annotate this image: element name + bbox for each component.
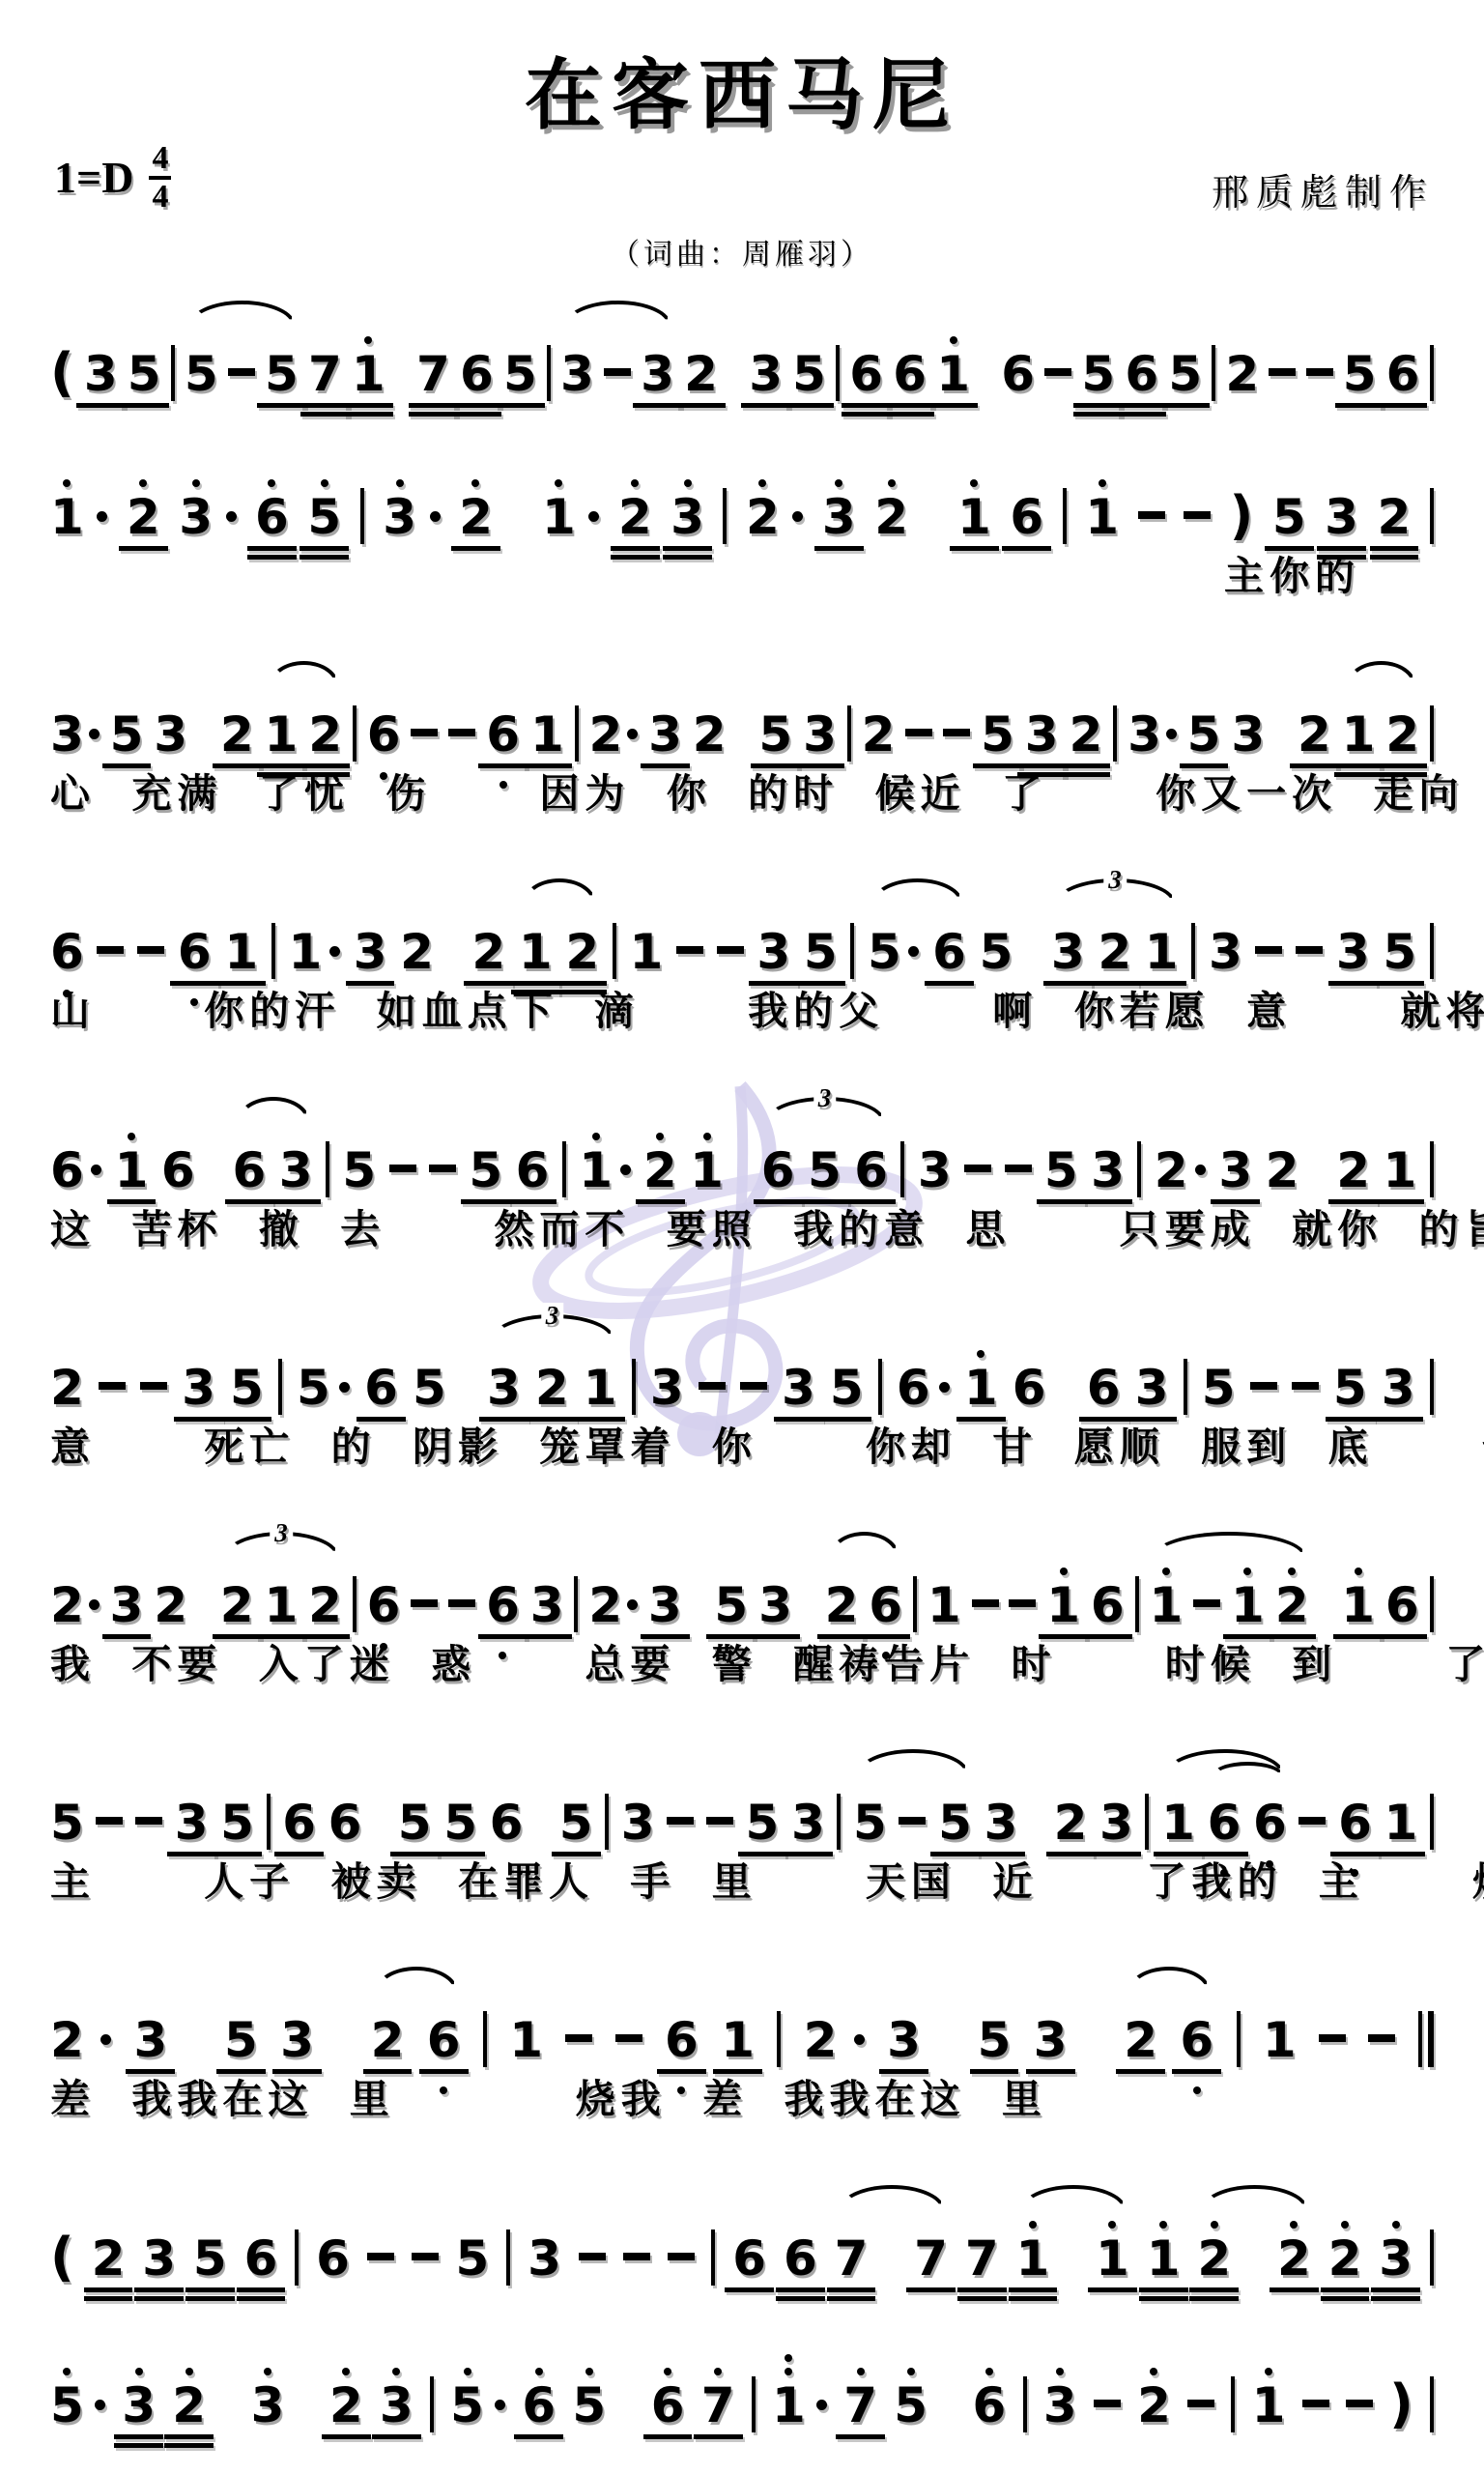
note: 2 [565, 928, 599, 976]
parenthesis: ( [50, 347, 74, 399]
slur-arc [1346, 661, 1416, 686]
key-signature: 1=D 4 4 [54, 141, 171, 214]
spacer [622, 2420, 634, 2422]
note: 1 [352, 350, 385, 398]
note: 2 [50, 2016, 84, 2064]
duration-dash [1368, 2034, 1395, 2042]
spacer [885, 2273, 897, 2275]
slur-arc [375, 1967, 458, 1992]
slur-arc [871, 878, 963, 904]
note: 2 [746, 493, 780, 541]
note: 5 [342, 1146, 376, 1194]
octave-dot-above [703, 1133, 711, 1140]
score-line: (2356653667771112223 [50, 2171, 1434, 2290]
notation-row: 2353261612353261 [50, 1952, 1434, 2072]
note: 3 [251, 2381, 285, 2430]
duration-dash [411, 729, 438, 736]
duration-dash [99, 1382, 126, 1390]
note: 3 [671, 493, 704, 541]
note: 3 [383, 493, 416, 541]
octave-dot-above [63, 479, 71, 487]
spacer [1026, 966, 1038, 968]
note: 2 [1277, 2234, 1311, 2283]
notation-row: 532323565671756321) [50, 2317, 1434, 2437]
note: 3 [1099, 1798, 1133, 1847]
spacer [927, 532, 939, 533]
score-line: 6611322121355653213353山 你的汗 如血点下 滴 我的父 啊… [50, 864, 1434, 1035]
lyrics-line: 这 苦杯 撤 去 然而不 要照 我的意 思 只要成 就你 的旨 [50, 1206, 1434, 1253]
barline [267, 1794, 271, 1850]
time-numerator: 4 [149, 141, 171, 180]
octave-dot-above [857, 2368, 865, 2375]
note: 5 [978, 2016, 1012, 2064]
note: 3 [487, 1364, 521, 1412]
note: 6 [255, 493, 289, 541]
octave-dot-below [499, 781, 507, 789]
note: 6 [282, 1798, 316, 1847]
duration-dash [228, 368, 255, 376]
note: 6 [1208, 1798, 1241, 1847]
octave-dot-above [471, 479, 479, 487]
slur-arc [1153, 1532, 1306, 1557]
note: 1 [1252, 2381, 1286, 2430]
lyrics-line: 主你的 [50, 553, 1434, 600]
octave-dot-below [499, 1652, 506, 1659]
note: 6 [460, 350, 494, 398]
augmentation-dot [939, 1382, 950, 1393]
duration-dash [367, 2253, 394, 2260]
spacer [736, 749, 748, 751]
note: 6 [893, 350, 927, 398]
note: 6 [1001, 350, 1035, 398]
octave-dot-above [321, 479, 328, 487]
note: 6 [665, 2016, 699, 2064]
octave-dot-below [380, 1643, 387, 1651]
note: 6 [364, 1364, 398, 1412]
note: 5 [830, 1364, 864, 1412]
barline [1063, 488, 1067, 544]
note: 5 [808, 1146, 842, 1194]
augmentation-dot [620, 1165, 631, 1175]
spacer [198, 749, 210, 751]
duration-dash [1187, 2400, 1214, 2407]
credit: 邢质彪制作 [1212, 162, 1434, 216]
note: 3 [84, 350, 118, 398]
augmentation-dot [854, 2034, 865, 2045]
notation-row: 61663556121656353232213 [50, 1082, 1434, 1202]
barline [1430, 2229, 1434, 2286]
barline [1430, 1141, 1434, 1197]
augmentation-dot [430, 511, 441, 522]
barline [1231, 2376, 1235, 2432]
note: 5 [110, 710, 144, 759]
duration-dash [1319, 2034, 1346, 2042]
spacer [222, 2420, 234, 2422]
note: 3 [749, 350, 783, 398]
note: 3 [985, 1798, 1018, 1847]
duration-dash [1094, 2400, 1121, 2407]
slur-arc [237, 1097, 310, 1122]
octave-dot-above [907, 2368, 915, 2375]
note: 2 [862, 710, 896, 759]
note: 5 [1272, 493, 1306, 541]
note: 6 [367, 1581, 401, 1629]
spacer [736, 1185, 748, 1187]
spacer [1319, 1620, 1330, 1622]
barline [1430, 345, 1434, 401]
slur-arc [188, 301, 296, 326]
note: 6 [516, 1146, 550, 1194]
octave-dot-above [1265, 2368, 1272, 2375]
notation-row: 6611322121355653213353 [50, 864, 1434, 984]
score: (355571765332356616565256123653212323216… [0, 286, 1484, 2437]
note: 3 [756, 928, 790, 976]
duration-dash [448, 1599, 475, 1607]
note: 1 [519, 928, 553, 976]
note: 2 [172, 2381, 206, 2430]
barline [575, 705, 579, 762]
augmentation-dot [627, 1599, 638, 1610]
octave-dot-below [440, 2086, 447, 2094]
duration-dash [1302, 2400, 1329, 2407]
augmentation-dot [1195, 1165, 1206, 1175]
lyrics-line: 差 我我在这 里 烧我 差 我我在这 里 [50, 2076, 1434, 2123]
note: 3 [142, 2234, 176, 2283]
barline [1212, 345, 1215, 401]
notation-row: 232212663235326116112163 [50, 1517, 1434, 1637]
barline [1137, 1141, 1141, 1197]
octave-dot-above [1243, 1568, 1251, 1575]
note: 1 [1085, 493, 1119, 541]
note: 5 [224, 2016, 258, 2064]
octave-dot-below [1220, 1869, 1228, 1877]
note: 1 [1341, 1581, 1375, 1629]
spacer [1090, 2055, 1101, 2057]
octave-dot-above [1355, 1568, 1362, 1575]
spacer [198, 1620, 210, 1622]
duration-dash [706, 1817, 733, 1825]
note: 2 [1328, 2234, 1362, 2283]
duration-dash [1184, 511, 1211, 519]
octave-dot-above [555, 479, 562, 487]
augmentation-dot [495, 2400, 505, 2410]
note: 1 [690, 1146, 724, 1194]
barline [605, 1794, 609, 1850]
note: 1 [1263, 2016, 1297, 2064]
augmentation-dot [95, 2400, 105, 2410]
note: 1 [1342, 710, 1376, 759]
slur-arc: 3 [1055, 878, 1176, 904]
note: 3 [1127, 710, 1161, 759]
barline [711, 2229, 715, 2286]
octave-dot-above [1288, 1568, 1296, 1575]
note: 6 [1385, 1581, 1419, 1629]
note: 6 [973, 2381, 1007, 2430]
octave-dot-above [585, 2368, 593, 2375]
octave-dot-above [970, 479, 978, 487]
note: 2 [329, 2381, 363, 2430]
note: 5 [792, 350, 826, 398]
note: 3 [133, 2016, 167, 2064]
barline [326, 1141, 329, 1197]
barline [547, 345, 551, 401]
note: 5 [714, 1581, 748, 1629]
note: 6 [490, 1798, 524, 1847]
slur-arc [1127, 1967, 1211, 1992]
barline [1145, 1794, 1149, 1850]
note: 5 [50, 1798, 84, 1847]
note: 3 [380, 2381, 414, 2430]
spacer [803, 1620, 814, 1622]
note: 5 [307, 493, 341, 541]
augmentation-dot [89, 729, 100, 739]
score-line: 232212663235326116112163我 不要 入了迷 惑 总要 警 … [50, 1517, 1434, 1688]
augmentation-dot [329, 946, 340, 957]
barline [271, 923, 275, 979]
note: 6 [328, 1798, 362, 1847]
note: 6 [486, 710, 520, 759]
note: 3 [175, 1798, 209, 1847]
octave-dot-above [1099, 479, 1106, 487]
note: 3 [279, 1146, 313, 1194]
note: 2 [1098, 928, 1131, 976]
note: 3 [1325, 493, 1358, 541]
slur-arc [857, 1749, 969, 1774]
spacer [511, 532, 523, 533]
note: 5 [758, 710, 792, 759]
note: 2 [220, 710, 254, 759]
note: 2 [643, 1146, 677, 1194]
spacer [943, 2055, 955, 2057]
note: 3 [1209, 928, 1242, 976]
note: 3 [782, 1364, 815, 1412]
note: 1 [772, 2381, 806, 2430]
note: 2 [535, 1364, 569, 1412]
note: 6 [367, 710, 401, 759]
note: 1 [579, 1146, 613, 1194]
slur-arc [829, 1532, 899, 1557]
note: 7 [965, 2234, 999, 2283]
note: 2 [471, 928, 505, 976]
note: 6 [849, 350, 883, 398]
octave-dot-above [664, 2368, 671, 2375]
note: 6 [1386, 350, 1420, 398]
barline [360, 488, 364, 544]
note: 2 [50, 1581, 84, 1629]
augmentation-dot [816, 2400, 827, 2410]
spacer [301, 2420, 313, 2422]
note: 5 [450, 2381, 484, 2430]
note: 3 [641, 350, 674, 398]
octave-dot-above [888, 479, 896, 487]
duration-dash [943, 729, 970, 736]
duration-dash [96, 1817, 123, 1825]
duration-dash [140, 1382, 167, 1390]
octave-dot-above [1029, 2221, 1037, 2229]
note: 3 [154, 710, 187, 759]
note: 2 [1266, 1146, 1299, 1194]
triplet-label: 3 [541, 1303, 564, 1329]
note: 6 [178, 928, 212, 976]
augmentation-dot [89, 1599, 100, 1610]
duration-dash [1296, 946, 1323, 954]
slur-arc [564, 301, 671, 326]
note: 3 [918, 1146, 952, 1194]
note: 5 [469, 1146, 502, 1194]
duration-dash [579, 2253, 606, 2260]
note: 3 [621, 1798, 655, 1847]
note: 5 [1168, 350, 1202, 398]
slur-arc [269, 661, 339, 686]
note: 3 [803, 710, 837, 759]
barline [837, 1794, 841, 1850]
notation-row: 1236532123232161)532 [50, 429, 1434, 549]
note: 3 [648, 710, 682, 759]
note: 3 [650, 1364, 684, 1412]
note: 6 [1180, 2016, 1213, 2064]
note: 5 [1383, 928, 1416, 976]
note: 2 [1378, 493, 1412, 541]
spacer [461, 1402, 472, 1404]
note: 6 [316, 2234, 350, 2283]
note: 2 [874, 493, 908, 541]
note: 3 [1051, 928, 1085, 976]
note: 2 [1225, 350, 1259, 398]
note: 1 [721, 2016, 755, 2064]
note: 6 [1253, 1798, 1287, 1847]
note: 2 [308, 710, 342, 759]
note: 5 [1081, 350, 1115, 398]
note: 7 [914, 2234, 948, 2283]
note: 1 [1145, 928, 1179, 976]
note: 5 [193, 2234, 227, 2283]
octave-dot-above [392, 2368, 400, 2375]
duration-dash [448, 729, 475, 736]
spacer [1061, 1402, 1072, 1404]
note: 3 [179, 493, 213, 541]
augmentation-dot [1166, 729, 1177, 739]
note: 5 [1202, 1364, 1236, 1412]
notation-row: 5356655653535532316661 [50, 1735, 1434, 1855]
note: 5 [981, 710, 1014, 759]
barline [900, 1141, 904, 1197]
time-denominator: 4 [152, 180, 168, 215]
slur-arc [523, 878, 596, 904]
barline [632, 1359, 636, 1415]
note: 5 [443, 1798, 477, 1847]
duration-dash [411, 1599, 438, 1607]
octave-dot-above [684, 479, 692, 487]
octave-dot-above [1290, 2221, 1298, 2229]
note: 2 [50, 1364, 84, 1412]
note: 3 [528, 2234, 561, 2283]
duration-dash [905, 729, 932, 736]
barline [506, 2229, 510, 2286]
note: 7 [843, 2381, 877, 2430]
subtitle: （词曲：周雁羽） [0, 230, 1484, 273]
octave-dot-above [785, 2354, 792, 2362]
octave-dot-above [592, 1133, 600, 1140]
spacer [1275, 749, 1287, 751]
duration-dash [899, 1817, 926, 1825]
note: 2 [371, 2016, 405, 2064]
note: 6 [1125, 350, 1158, 398]
note: 5 [297, 1364, 330, 1412]
note: 5 [413, 1364, 446, 1412]
barline [836, 345, 840, 401]
note: 6 [854, 1146, 888, 1194]
note: 6 [784, 2234, 817, 2283]
barline [171, 345, 175, 401]
duration-dash [964, 1165, 991, 1172]
note: 6 [1338, 1798, 1372, 1847]
sheet-header: 在客西马尼 1=D 4 4 邢质彪制作 （词曲：周雁羽） [0, 0, 1484, 286]
octave-dot-above [268, 479, 275, 487]
note: 5 [220, 1798, 254, 1847]
note: 6 [1013, 1364, 1046, 1412]
spacer [1067, 2273, 1078, 2275]
note: 1 [957, 493, 991, 541]
note: 6 [1091, 1581, 1125, 1629]
note: 5 [398, 1798, 432, 1847]
barline [723, 488, 727, 544]
slur-arc: 3 [224, 1532, 339, 1557]
octave-dot-above [950, 336, 957, 344]
octave-dot-below [1266, 1860, 1273, 1868]
notation-row: (355571765332356616565256 [50, 286, 1434, 406]
octave-dot-below [677, 2086, 685, 2094]
note: 3 [1043, 2381, 1077, 2430]
final-barline [1418, 2011, 1434, 2067]
note: 3 [758, 1581, 792, 1629]
barline [752, 2376, 756, 2432]
octave-dot-below [882, 1652, 890, 1659]
octave-dot-above [264, 2368, 271, 2375]
note: 3 [648, 1581, 682, 1629]
augmentation-dot [908, 946, 919, 957]
note: 3 [791, 1798, 825, 1847]
slur-arc [1201, 2185, 1308, 2210]
duration-dash [623, 2253, 650, 2260]
spacer [447, 966, 459, 968]
note: 1 [224, 928, 258, 976]
duration-dash [1250, 1382, 1277, 1390]
note: 2 [588, 1581, 622, 1629]
score-line: 2353261612353261差 我我在这 里 烧我 差 我我在这 里 [50, 1952, 1434, 2123]
note: 5 [1343, 350, 1377, 398]
octave-dot-above [785, 2368, 792, 2375]
note: 1 [289, 928, 323, 976]
note: 6 [761, 1146, 795, 1194]
note: 5 [456, 2234, 490, 2283]
note: 2 [127, 493, 160, 541]
spacer [208, 1185, 219, 1187]
triplet-label: 3 [1103, 867, 1127, 893]
octave-dot-below [380, 772, 387, 780]
note: 1 [927, 1581, 961, 1629]
barline [1184, 1359, 1187, 1415]
note: 3 [1336, 928, 1370, 976]
barline [353, 705, 357, 762]
note: 1 [1147, 2234, 1181, 2283]
barline [295, 2229, 299, 2286]
barline [1430, 1576, 1434, 1632]
octave-dot-above [977, 1350, 985, 1358]
augmentation-dot [91, 1165, 101, 1175]
note: 1 [530, 710, 564, 759]
note: 5 [853, 1798, 887, 1847]
note: 5 [746, 1798, 780, 1847]
